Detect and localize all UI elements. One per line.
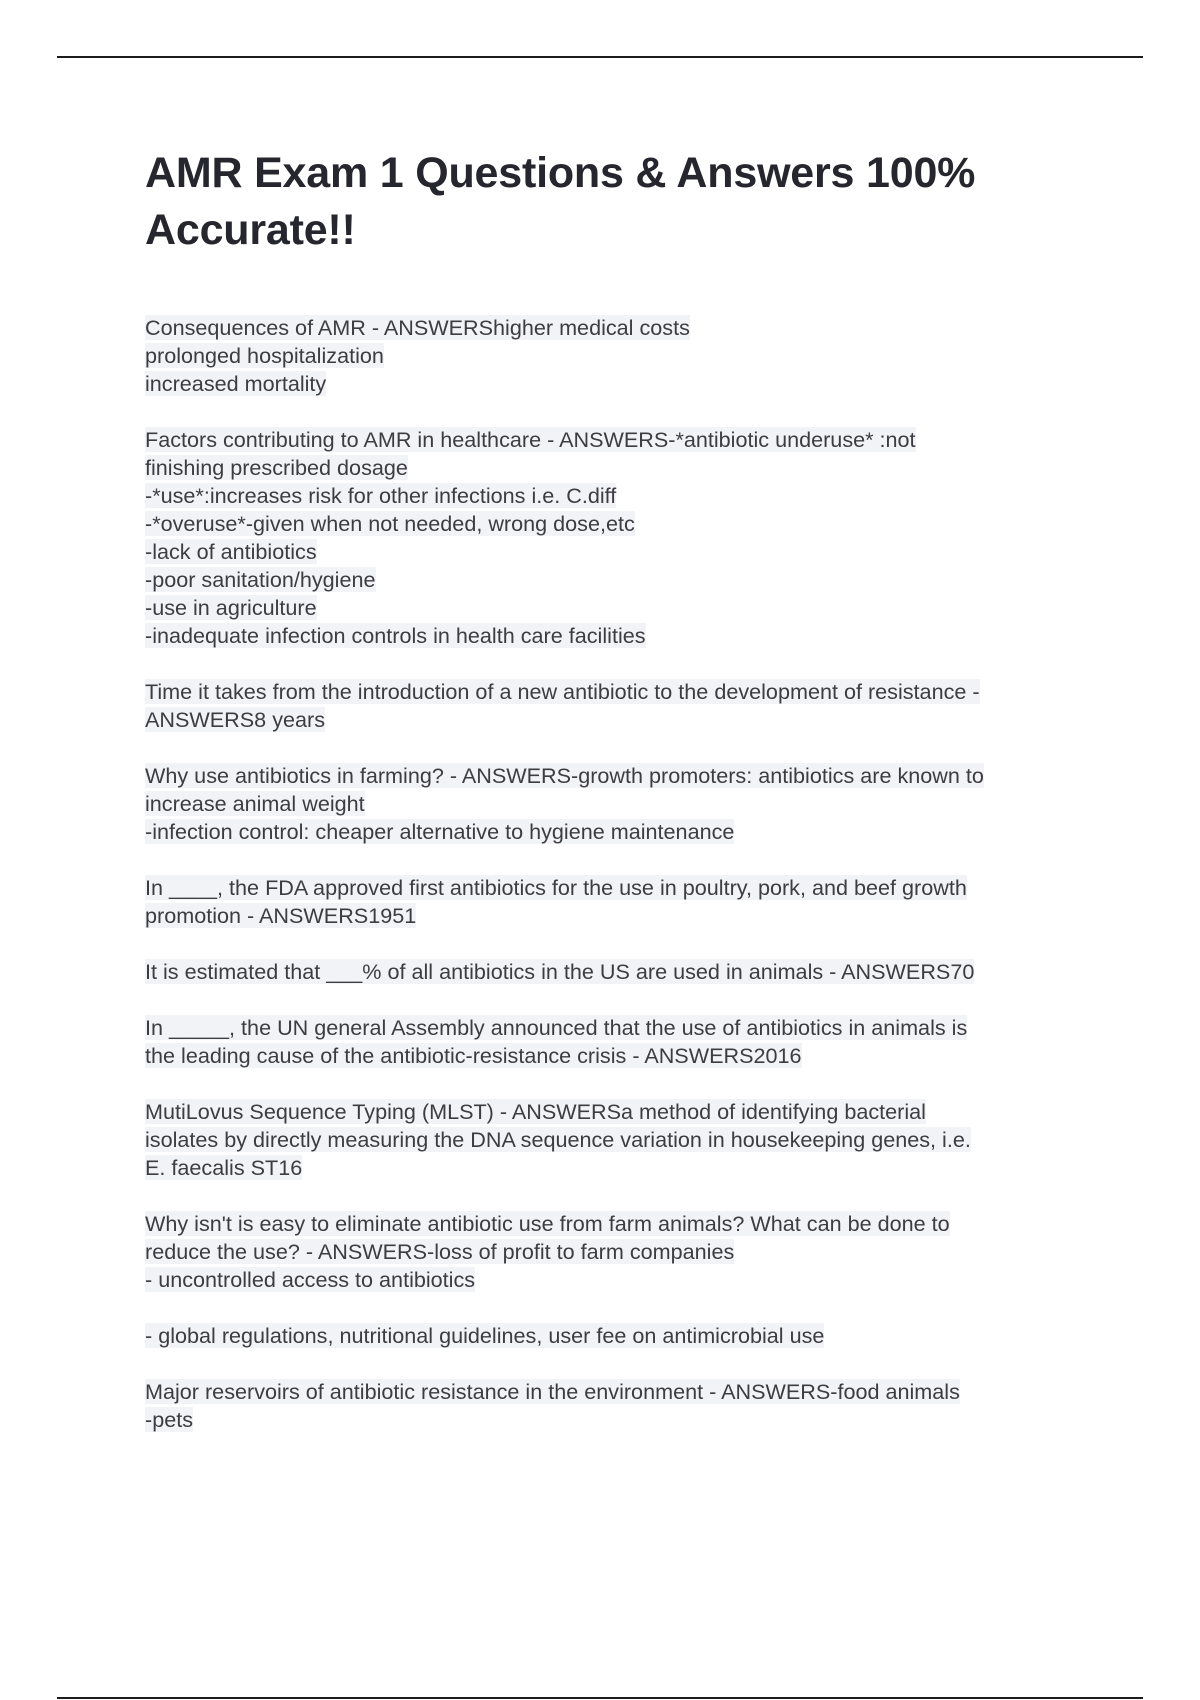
qa-line: -lack of antibiotics xyxy=(145,538,1095,566)
qa-item: Why isn't is easy to eliminate antibioti… xyxy=(145,1210,1095,1350)
document-title-line-2: Accurate!! xyxy=(145,202,1095,259)
qa-line-text: -use in agriculture xyxy=(145,595,317,620)
qa-line-text: -poor sanitation/hygiene xyxy=(145,567,376,592)
qa-item: In ____, the FDA approved first antibiot… xyxy=(145,874,1095,930)
qa-line: -*use*:increases risk for other infectio… xyxy=(145,482,1095,510)
qa-line: increased mortality xyxy=(145,370,1095,398)
qa-line: isolates by directly measuring the DNA s… xyxy=(145,1126,1095,1154)
qa-item: Factors contributing to AMR in healthcar… xyxy=(145,426,1095,650)
qa-line: - uncontrolled access to antibiotics xyxy=(145,1266,1095,1294)
qa-line-text: Factors contributing to AMR in healthcar… xyxy=(145,427,916,452)
qa-line: -poor sanitation/hygiene xyxy=(145,566,1095,594)
qa-line: -use in agriculture xyxy=(145,594,1095,622)
qa-line-text: It is estimated that ___% of all antibio… xyxy=(145,959,974,984)
qa-line-text: Why isn't is easy to eliminate antibioti… xyxy=(145,1211,950,1236)
qa-line-text: - global regulations, nutritional guidel… xyxy=(145,1323,824,1348)
qa-line-text: promotion - ANSWERS1951 xyxy=(145,903,416,928)
qa-line: the leading cause of the antibiotic-resi… xyxy=(145,1042,1095,1070)
qa-line-text: the leading cause of the antibiotic-resi… xyxy=(145,1043,802,1068)
qa-line: Major reservoirs of antibiotic resistanc… xyxy=(145,1378,1095,1406)
qa-line-text: -infection control: cheaper alternative … xyxy=(145,819,734,844)
qa-line-text: reduce the use? - ANSWERS-loss of profit… xyxy=(145,1239,734,1264)
qa-line-text: Major reservoirs of antibiotic resistanc… xyxy=(145,1379,960,1404)
qa-line: promotion - ANSWERS1951 xyxy=(145,902,1095,930)
qa-line-text: Consequences of AMR - ANSWERShigher medi… xyxy=(145,315,690,340)
header-divider xyxy=(57,56,1143,58)
qa-item: Time it takes from the introduction of a… xyxy=(145,678,1095,734)
document-title-line-1: AMR Exam 1 Questions & Answers 100% xyxy=(145,145,1095,202)
qa-line: -pets xyxy=(145,1406,1095,1434)
qa-line: Why use antibiotics in farming? - ANSWER… xyxy=(145,762,1095,790)
qa-line-text: increase animal weight xyxy=(145,791,365,816)
qa-line: prolonged hospitalization xyxy=(145,342,1095,370)
qa-line-text: prolonged hospitalization xyxy=(145,343,384,368)
document-title: AMR Exam 1 Questions & Answers 100% Accu… xyxy=(145,145,1095,259)
qa-line-text: finishing prescribed dosage xyxy=(145,455,408,480)
qa-line: E. faecalis ST16 xyxy=(145,1154,1095,1182)
qa-line: Factors contributing to AMR in healthcar… xyxy=(145,426,1095,454)
qa-line: reduce the use? - ANSWERS-loss of profit… xyxy=(145,1238,1095,1266)
qa-line: MutiLovus Sequence Typing (MLST) - ANSWE… xyxy=(145,1098,1095,1126)
footer-divider xyxy=(57,1697,1143,1699)
qa-item: MutiLovus Sequence Typing (MLST) - ANSWE… xyxy=(145,1098,1095,1182)
qa-line: It is estimated that ___% of all antibio… xyxy=(145,958,1095,986)
qa-spacer xyxy=(145,1294,1095,1322)
qa-line-text: -inadequate infection controls in health… xyxy=(145,623,646,648)
qa-line: -infection control: cheaper alternative … xyxy=(145,818,1095,846)
qa-line-text: Why use antibiotics in farming? - ANSWER… xyxy=(145,763,984,788)
qa-line-text: -*overuse*-given when not needed, wrong … xyxy=(145,511,635,536)
qa-line-text: increased mortality xyxy=(145,371,326,396)
qa-line-text: isolates by directly measuring the DNA s… xyxy=(145,1127,971,1152)
qa-line-text: -pets xyxy=(145,1407,193,1432)
qa-line: Consequences of AMR - ANSWERShigher medi… xyxy=(145,314,1095,342)
qa-line: finishing prescribed dosage xyxy=(145,454,1095,482)
qa-line-text: -*use*:increases risk for other infectio… xyxy=(145,483,616,508)
qa-line: ANSWERS8 years xyxy=(145,706,1095,734)
qa-line: increase animal weight xyxy=(145,790,1095,818)
qa-item: Major reservoirs of antibiotic resistanc… xyxy=(145,1378,1095,1434)
qa-line: In ____, the FDA approved first antibiot… xyxy=(145,874,1095,902)
qa-line-text: In ____, the FDA approved first antibiot… xyxy=(145,875,967,900)
qa-line-text: In _____, the UN general Assembly announ… xyxy=(145,1015,967,1040)
qa-line-text: E. faecalis ST16 xyxy=(145,1155,302,1180)
qa-line: -inadequate infection controls in health… xyxy=(145,622,1095,650)
qa-line: - global regulations, nutritional guidel… xyxy=(145,1322,1095,1350)
qa-item: Why use antibiotics in farming? - ANSWER… xyxy=(145,762,1095,846)
qa-line: Time it takes from the introduction of a… xyxy=(145,678,1095,706)
qa-line-text: -lack of antibiotics xyxy=(145,539,317,564)
qa-line-text: MutiLovus Sequence Typing (MLST) - ANSWE… xyxy=(145,1099,926,1124)
qa-line: -*overuse*-given when not needed, wrong … xyxy=(145,510,1095,538)
qa-item: Consequences of AMR - ANSWERShigher medi… xyxy=(145,314,1095,398)
qa-line-text: - uncontrolled access to antibiotics xyxy=(145,1267,475,1292)
document-page: AMR Exam 1 Questions & Answers 100% Accu… xyxy=(145,145,1095,1462)
qa-item: In _____, the UN general Assembly announ… xyxy=(145,1014,1095,1070)
qa-line: Why isn't is easy to eliminate antibioti… xyxy=(145,1210,1095,1238)
qa-item: It is estimated that ___% of all antibio… xyxy=(145,958,1095,986)
qa-list: Consequences of AMR - ANSWERShigher medi… xyxy=(145,314,1095,1434)
qa-line-text: Time it takes from the introduction of a… xyxy=(145,679,980,704)
qa-line: In _____, the UN general Assembly announ… xyxy=(145,1014,1095,1042)
qa-line-text: ANSWERS8 years xyxy=(145,707,325,732)
